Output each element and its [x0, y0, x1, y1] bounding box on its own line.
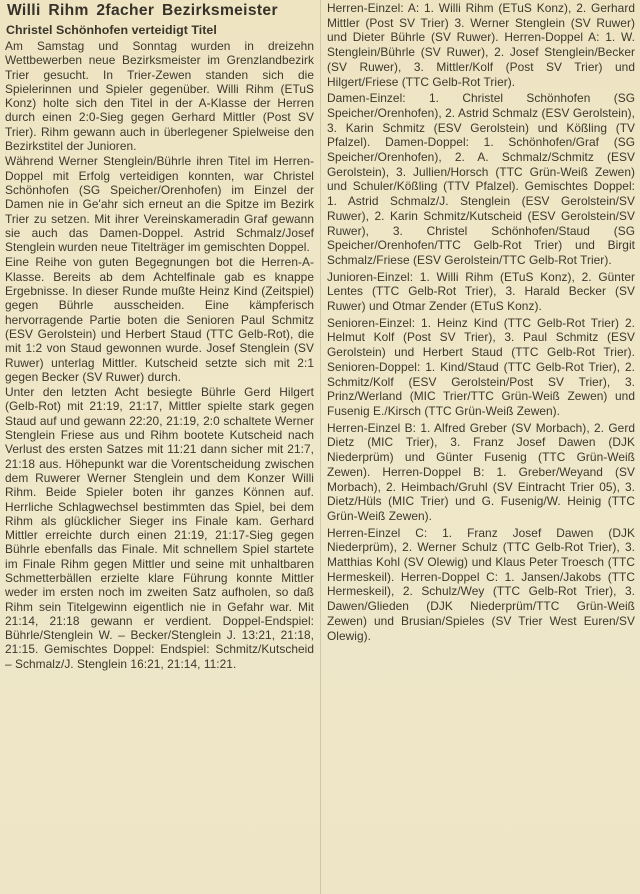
results-senioren: Senioren-Einzel: 1. Heinz Kind (TTC Gelb… — [327, 316, 635, 419]
results-right-column: Herren-Einzel: A: 1. Willi Rihm (ETuS Ko… — [327, 1, 635, 643]
results-herren-b: Herren-Einzel B: 1. Alfred Greber (SV Mo… — [327, 421, 635, 524]
article-paragraph: Am Samstag und Sonntag wurden in dreizeh… — [5, 39, 314, 153]
article-paragraph: Unter den letzten Acht besiegte Bührle G… — [5, 385, 314, 671]
article-subheadline: Christel Schönhofen verteidigt Titel — [6, 23, 314, 38]
article-headline: Willi Rihm 2facher Bezirksmeister — [7, 1, 314, 21]
newspaper-clipping: Willi Rihm 2facher Bezirksmeister Christ… — [0, 0, 640, 894]
article-paragraph: Eine Reihe von guten Begegnungen bot die… — [5, 255, 314, 384]
article-paragraph: Während Werner Stenglein/Bührle ihren Ti… — [5, 154, 314, 254]
results-herren-a: Herren-Einzel: A: 1. Willi Rihm (ETuS Ko… — [327, 1, 635, 89]
results-junioren: Junioren-Einzel: 1. Willi Rihm (ETuS Kon… — [327, 270, 635, 314]
article-left-column: Willi Rihm 2facher Bezirksmeister Christ… — [5, 0, 314, 671]
results-damen: Damen-Einzel: 1. Christel Schönhofen (SG… — [327, 91, 635, 267]
column-divider — [320, 0, 321, 894]
results-herren-c: Herren-Einzel C: 1. Franz Josef Dawen (D… — [327, 526, 635, 644]
